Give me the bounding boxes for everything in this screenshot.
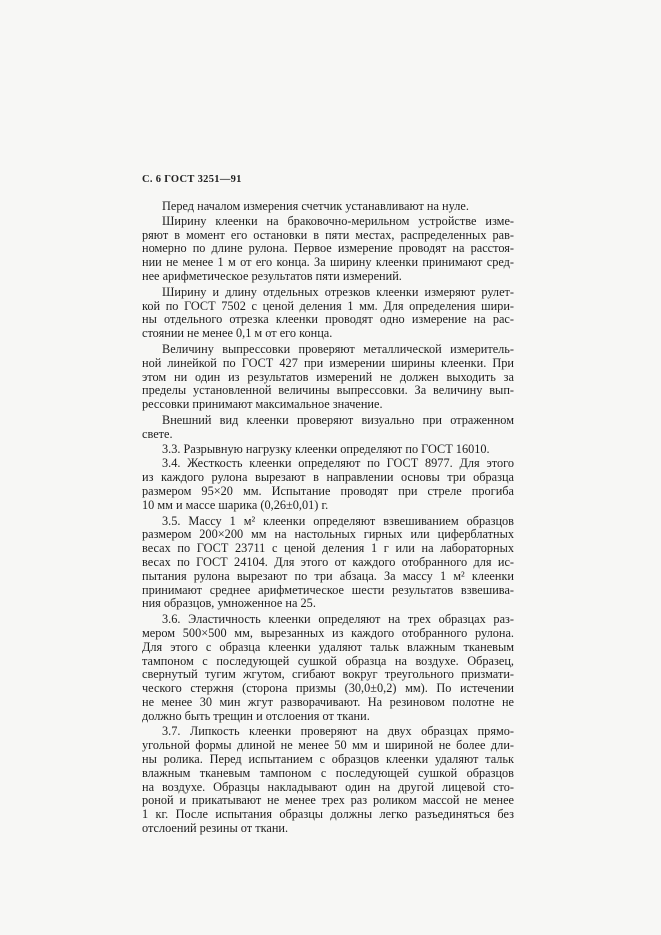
text-line: ряют в момент его остановки в пяти места… [142, 229, 514, 243]
text-line: Для этого с образца клеенки удаляют таль… [142, 641, 514, 655]
text-line: мером 500×500 мм, вырезанных из каждого … [142, 627, 514, 641]
paragraph-3-5: 3.5. Массу 1 м² клеенки определяют взвеш… [142, 515, 514, 612]
text-line: 10 мм и массе шарика (0,26±0,01) г. [142, 499, 514, 513]
document-body: Перед началом измерения счетчик устанавл… [142, 200, 514, 837]
text-line: из каждого рулона вырезают в направлении… [142, 471, 514, 485]
text-line: 3.5. Массу 1 м² клеенки определяют взвеш… [142, 515, 514, 529]
text-line: весах по ГОСТ 24104. Для этого от каждог… [142, 556, 514, 570]
text-line: свернутый тугим жгутом, сгибают вокруг т… [142, 668, 514, 682]
text-line: стоянии не менее 0,1 м от его конца. [142, 327, 514, 341]
text-line: 3.4. Жесткость клеенки определяют по ГОС… [142, 457, 514, 471]
text-line: размером 95×20 мм. Испытание проводят пр… [142, 485, 514, 499]
text-line: Перед началом измерения счетчик устанавл… [142, 200, 514, 214]
text-line: нее арифметическое результатов пяти изме… [142, 270, 514, 284]
paragraph-segments: Ширину и длину отдельных отрезков клеенк… [142, 286, 514, 341]
text-line: Ширину клеенки на браковочно-мерильном у… [142, 215, 514, 229]
text-line: весах по ГОСТ 23711 с ценой деления 1 г … [142, 542, 514, 556]
text-line: этом ни один из результатов измерений не… [142, 371, 514, 385]
text-line: отслоений резины от ткани. [142, 822, 514, 836]
text-line: на воздухе. Образцы накладывают один на … [142, 781, 514, 795]
paragraph-3-6: 3.6. Эластичность клеенки определяют на … [142, 613, 514, 723]
text-line: 3.3. Разрывную нагрузку клеенки определя… [142, 443, 514, 457]
paragraph-3-7: 3.7. Липкость клеенки проверяют на двух … [142, 725, 514, 835]
text-line: Ширину и длину отдельных отрезков клеенк… [142, 286, 514, 300]
text-line: рессовки принимают максимальное значение… [142, 398, 514, 412]
paragraph-3-3: 3.3. Разрывную нагрузку клеенки определя… [142, 443, 514, 457]
text-line: роной и прикатывают не менее трех раз ро… [142, 794, 514, 808]
text-line: тампоном с последующей сушкой образца на… [142, 655, 514, 669]
page-header: С. 6 ГОСТ 3251—91 [142, 174, 242, 185]
text-line: ческого стержня (сторона призмы (30,0±0,… [142, 682, 514, 696]
text-line: влажным тканевым тампоном с последующей … [142, 767, 514, 781]
text-line: свете. [142, 428, 514, 442]
text-line: ния образцов, умноженное на 25. [142, 597, 514, 611]
text-line: размером 200×200 мм на настольных гирных… [142, 528, 514, 542]
text-line: ны ролика. Перед испытанием с образцов к… [142, 753, 514, 767]
text-line: номерно по длине рулона. Первое измерени… [142, 242, 514, 256]
text-line: угольной формы длиной не менее 50 мм и ш… [142, 739, 514, 753]
text-line: пределы установленной величины выпрессов… [142, 384, 514, 398]
text-line: ны отдельного отрезка клеенки проводят о… [142, 313, 514, 327]
text-line: Величину выпрессовки проверяют металличе… [142, 343, 514, 357]
text-line: Внешний вид клеенки проверяют визуально … [142, 414, 514, 428]
text-line: не менее 30 мин жгут разворачивают. На р… [142, 696, 514, 710]
text-line: пытания рулона вырезают по три абзаца. З… [142, 570, 514, 584]
paragraph-counter: Перед началом измерения счетчик устанавл… [142, 200, 514, 214]
text-line: нии не менее 1 м от его конца. За ширину… [142, 256, 514, 270]
text-line: должно быть трещин и отслоения от ткани. [142, 710, 514, 724]
text-line: принимают среднее арифметическое шести р… [142, 584, 514, 598]
text-line: 3.6. Эластичность клеенки определяют на … [142, 613, 514, 627]
paragraph-appearance: Внешний вид клеенки проверяют визуально … [142, 414, 514, 442]
paragraph-3-4: 3.4. Жесткость клеенки определяют по ГОС… [142, 457, 514, 512]
text-line: ной линейкой по ГОСТ 427 при измерении ш… [142, 357, 514, 371]
paragraph-pressing: Величину выпрессовки проверяют металличе… [142, 343, 514, 412]
text-line: кой по ГОСТ 7502 с ценой деления 1 мм. Д… [142, 300, 514, 314]
text-line: 1 кг. После испытания образцы должны лег… [142, 808, 514, 822]
paragraph-width-measure: Ширину клеенки на браковочно-мерильном у… [142, 215, 514, 284]
text-line: 3.7. Липкость клеенки проверяют на двух … [142, 725, 514, 739]
